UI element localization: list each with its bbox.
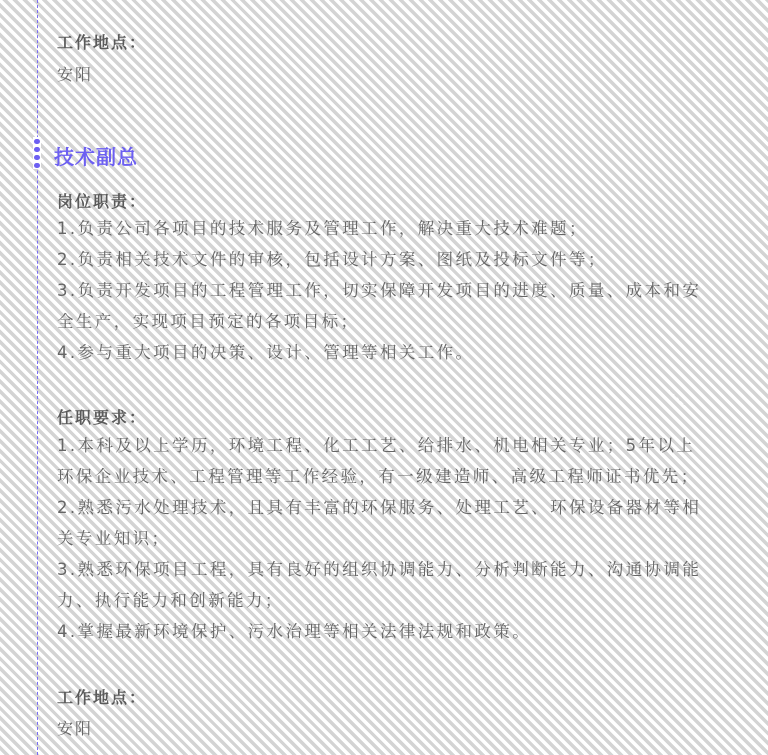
responsibilities-label: 岗位职责： — [57, 189, 147, 212]
location-label: 工作地点： — [57, 30, 147, 53]
marker-dot — [34, 139, 40, 144]
responsibility-line: 3.负责开发项目的工程管理工作，切实保障开发项目的进度、质量、成本和安 — [57, 275, 729, 306]
section-marker-icon — [33, 137, 41, 169]
responsibilities-list: 1.负责公司各项目的技术服务及管理工作，解决重大技术难题； 2.负责相关技术文件… — [57, 213, 729, 368]
requirements-label: 任职要求： — [57, 405, 147, 428]
marker-dot — [34, 155, 40, 160]
requirements-list: 1.本科及以上学历，环境工程、化工工艺、给排水、机电相关专业；5年以上 环保企业… — [57, 430, 729, 647]
location-value: 安阳 — [57, 716, 93, 739]
responsibility-line: 1.负责公司各项目的技术服务及管理工作，解决重大技术难题； — [57, 213, 729, 244]
responsibility-line: 4.参与重大项目的决策、设计、管理等相关工作。 — [57, 337, 729, 368]
location-value: 安阳 — [57, 62, 93, 85]
location-label: 工作地点： — [57, 685, 147, 708]
requirement-line: 1.本科及以上学历，环境工程、化工工艺、给排水、机电相关专业；5年以上 — [57, 430, 729, 461]
marker-dot — [34, 147, 40, 152]
responsibility-line: 全生产，实现项目预定的各项目标； — [57, 306, 729, 337]
position-title: 技术副总 — [54, 141, 138, 170]
requirement-line: 3.熟悉环保项目工程，具有良好的组织协调能力、分析判断能力、沟通协调能 — [57, 554, 729, 585]
requirement-line: 2.熟悉污水处理技术，且具有丰富的环保服务、处理工艺、环保设备器材等相 — [57, 492, 729, 523]
timeline-dashed-line — [37, 0, 38, 755]
marker-dot — [34, 163, 40, 168]
responsibility-line: 2.负责相关技术文件的审核，包括设计方案、图纸及投标文件等； — [57, 244, 729, 275]
requirement-line: 环保企业技术、工程管理等工作经验，有一级建造师、高级工程师证书优先； — [57, 461, 729, 492]
requirement-line: 关专业知识； — [57, 523, 729, 554]
requirement-line: 4.掌握最新环境保护、污水治理等相关法律法规和政策。 — [57, 616, 729, 647]
requirement-line: 力、执行能力和创新能力； — [57, 585, 729, 616]
